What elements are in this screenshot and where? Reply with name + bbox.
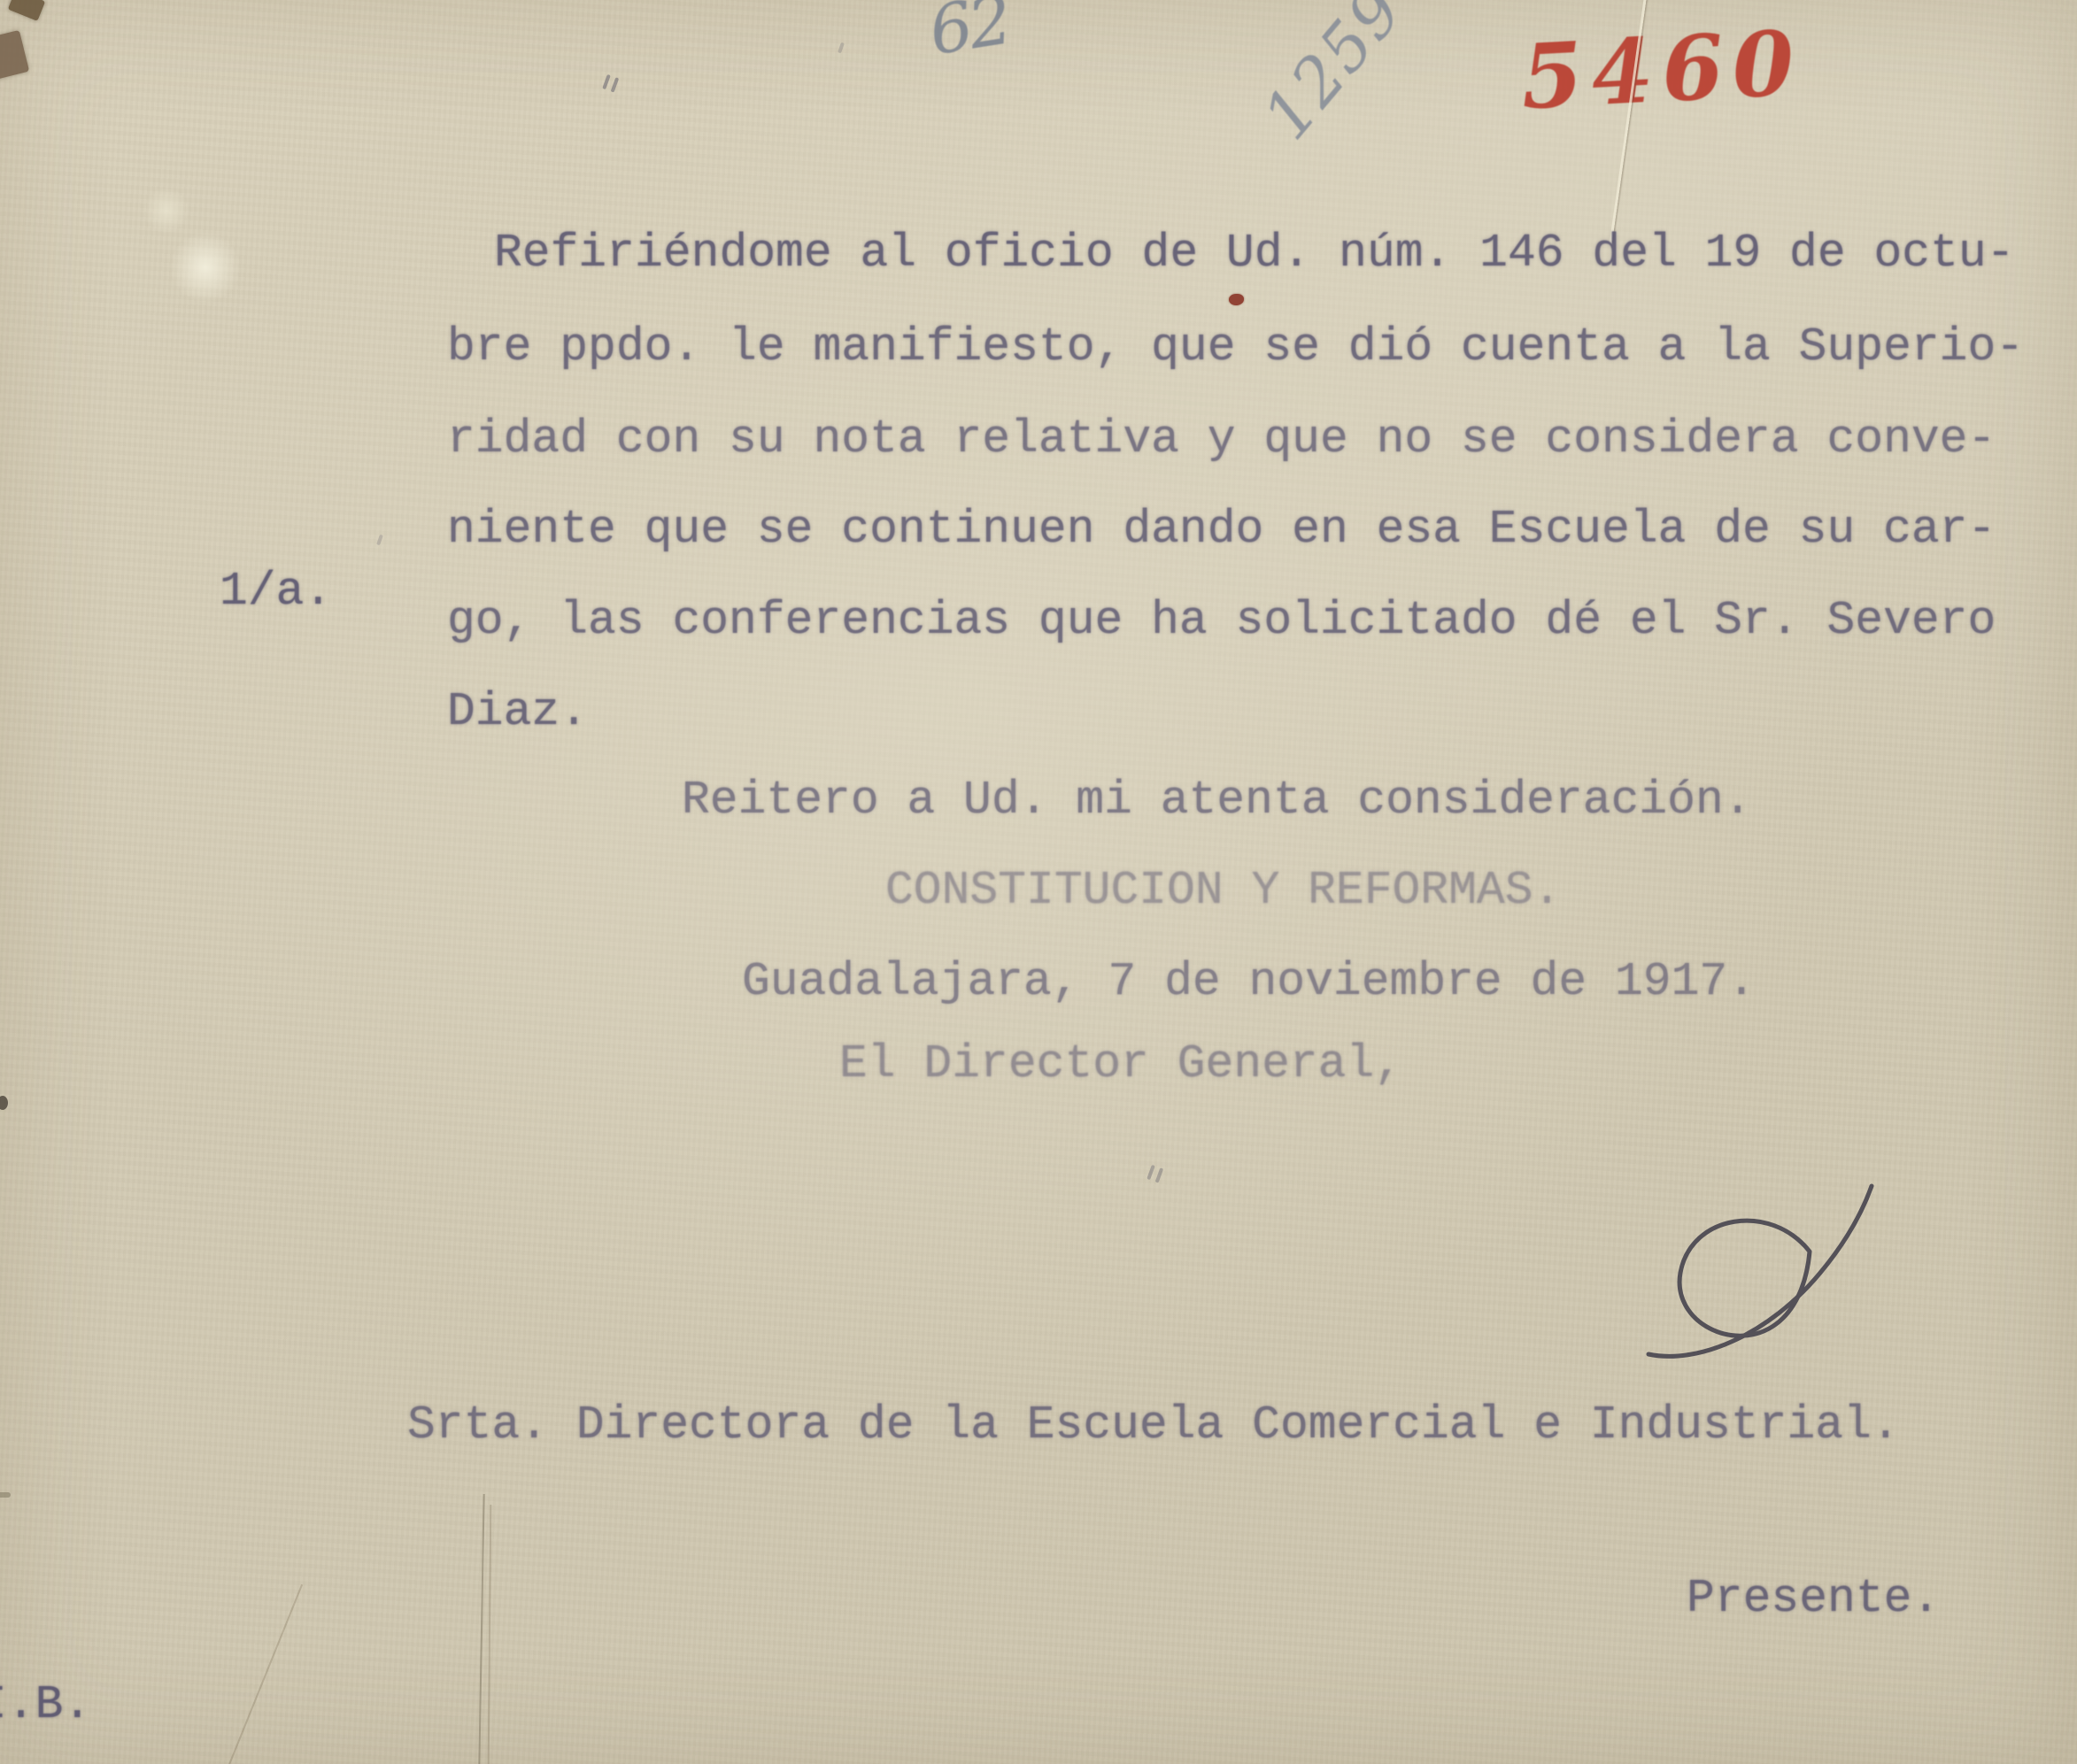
body-line-6: Diaz. [447, 685, 588, 739]
paper-speck [376, 535, 383, 546]
margin-note: 1/a. [220, 565, 332, 619]
paper-scratch [227, 1584, 303, 1764]
closing-motto-line: CONSTITUCION Y REFORMAS. [885, 864, 1561, 918]
body-line-2: bre ppdo. le manifiesto, que se dió cuen… [447, 320, 2024, 374]
body-line-4: niente que se continuen dando en esa Esc… [447, 503, 1996, 557]
letter-page: 62 1259 5460 Refiriéndome al oficio de U… [0, 0, 2077, 1764]
closing-date-line: Guadalajara, 7 de noviembre de 1917. [742, 955, 1756, 1009]
body-line-3: ridad con su nota relativa y que no se c… [447, 412, 1996, 466]
closing-courtesy-line: Reitero a Ud. mi atenta consideración. [682, 774, 1752, 828]
red-folio-number: 5460 [1518, 11, 1805, 129]
ditto-mark [1147, 1165, 1155, 1180]
paper-corner-mark [0, 30, 29, 80]
paper-corner-mark [8, 0, 45, 21]
signature-flourish [1636, 1147, 1902, 1377]
addressee-line: Srta. Directora de la Escuela Comercial … [407, 1398, 1900, 1452]
pencil-annotation-62: 62 [924, 0, 1015, 70]
presente-line: Presente. [1687, 1572, 1940, 1626]
paper-crease [478, 1494, 484, 1764]
paper-speck [0, 1492, 11, 1498]
body-line-1: Refiriéndome al oficio de Ud. núm. 146 d… [494, 227, 2014, 281]
closing-signer-title-line: El Director General, [839, 1037, 1402, 1091]
red-ink-spot [1229, 294, 1244, 305]
typist-initials: I.B. [0, 1678, 91, 1732]
paper-speck [0, 1096, 8, 1110]
ditto-mark [602, 74, 611, 89]
paper-crease [488, 1505, 492, 1764]
pencil-annotation-1259: 1259 [1248, 0, 1418, 154]
paper-speck [838, 42, 845, 54]
body-line-5: go, las conferencias que ha solicitado d… [447, 594, 1996, 648]
